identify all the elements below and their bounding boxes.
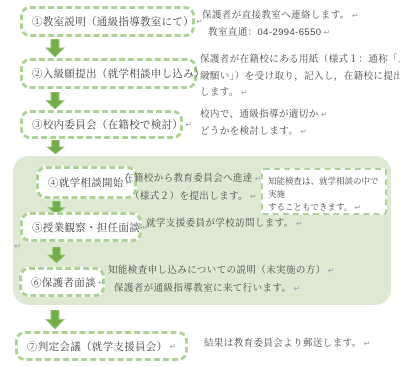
- step-1-annotation: 保護者が直接教室へ連絡します。↵ 教室直通：04-2994-6550↵: [202, 8, 358, 41]
- step-box-7-decision-meeting: ⑦判定会議（就学支援員会）↵: [15, 331, 188, 361]
- annotation-line: 保護者が直接教室へ連絡します。↵: [202, 8, 358, 25]
- arrow-down-icon: [46, 140, 65, 154]
- return-mark-icon: ↵: [14, 241, 22, 252]
- return-mark-icon: ↵: [352, 11, 359, 20]
- return-mark-icon: ↵: [328, 266, 335, 275]
- return-mark-icon: ↵: [250, 192, 257, 201]
- annotation-line: 結果は教育委員会より郵送します。↵: [204, 336, 370, 353]
- annotation-line: 保護者が在籍校にある用紙（様式１：通称「入: [200, 52, 400, 69]
- step-6-annotation: 知能検査申し込みについての説明（未実施の方）↵ 保護者が通級指導教室に来て行いま…: [108, 262, 334, 298]
- annotation-line: 教室直通：04-2994-6550↵: [202, 25, 358, 42]
- intelligence-test-note: 知能検査は、就学相談の中で実施 することもできます。↵: [261, 168, 387, 215]
- step-2-annotation: 保護者が在籍校にある用紙（様式１：通称「入 級願い」）を受け取り，記入し，在籍校…: [200, 52, 400, 102]
- return-mark-icon: ↵: [296, 219, 303, 228]
- step-box-5-class-observation: ⑤授業観察・担任面談↵: [20, 212, 142, 242]
- step-label: ①教室説明（通級指導教室にて）: [32, 14, 194, 29]
- step-label: ②入級願提出（就学相談申し込み）: [32, 66, 205, 81]
- step-box-2-application: ②入級願提出（就学相談申し込み）↵: [20, 58, 197, 89]
- return-mark-icon: ↵: [98, 278, 105, 287]
- step-label: ⑦判定会議（就学支援員会）: [27, 339, 167, 354]
- step-3-annotation: 校内で、通級指導が適切か↵ どうかを検討します。↵: [200, 107, 327, 140]
- return-mark-icon: ↵: [241, 88, 248, 97]
- step-box-6-guardian-interview: ⑥保護者面談↵: [19, 267, 105, 297]
- step-7-annotation: 結果は教育委員会より郵送します。↵: [204, 336, 370, 353]
- flowchart-page: ①教室説明（通級指導教室にて）↵ 保護者が直接教室へ連絡します。↵ 教室直通：0…: [0, 0, 400, 366]
- step-box-3-school-committee: ③校内委員会（在籍校で検討）↵: [20, 110, 183, 139]
- return-mark-icon: ↵: [354, 203, 361, 212]
- return-mark-icon: ↵: [169, 342, 176, 351]
- annotation-line: 就学支援委員が学校訪問します。↵: [146, 216, 302, 233]
- annotation-line: 保護者が通級指導教室に来て行います。↵: [108, 280, 334, 298]
- step-4-annotation: 在籍校から教育委員会へ進達↵ （様式２）を提出します。↵: [124, 170, 261, 205]
- step-label: ⑥保護者面談: [31, 275, 96, 290]
- annotation-line: どうかを検討します。↵: [200, 124, 327, 141]
- arrow-down-icon: [47, 247, 66, 263]
- return-mark-icon: ↵: [185, 120, 192, 129]
- return-mark-icon: ↵: [293, 284, 300, 293]
- annotation-line: （様式２）を提出します。↵: [124, 188, 261, 206]
- annotation-line: 在籍校から教育委員会へ進達↵: [124, 170, 261, 188]
- step-label: ⑤授業観察・担任面談: [32, 220, 140, 235]
- annotation-line: 知能検査申し込みについての説明（未実施の方）↵: [108, 262, 334, 280]
- arrow-down-icon: [45, 39, 65, 57]
- return-mark-icon: ↵: [321, 110, 328, 119]
- step-label: ④就学相談開始: [48, 175, 124, 190]
- annotation-line: 級願い」）を受け取り，記入し，在籍校に提出: [200, 69, 400, 86]
- arrow-down-icon: [45, 310, 65, 329]
- note-line: することもできます。↵: [268, 201, 380, 214]
- step-box-1-classroom-briefing: ①教室説明（通級指導教室にて）↵: [20, 6, 195, 37]
- arrow-down-icon: [45, 92, 65, 109]
- return-mark-icon: ↵: [300, 127, 307, 136]
- note-line: 知能検査は、就学相談の中で実施: [268, 175, 380, 201]
- step-label: ③校内委員会（在籍校で検討）: [32, 117, 183, 132]
- return-mark-icon: ↵: [364, 339, 371, 348]
- annotation-line: します。↵: [200, 85, 400, 102]
- annotation-line: 校内で、通級指導が適切か↵: [200, 107, 327, 124]
- return-mark-icon: ↵: [323, 28, 330, 37]
- step-5-annotation: 就学支援委員が学校訪問します。↵: [146, 216, 302, 233]
- step-box-4-consultation-start: ④就学相談開始↵: [36, 166, 137, 199]
